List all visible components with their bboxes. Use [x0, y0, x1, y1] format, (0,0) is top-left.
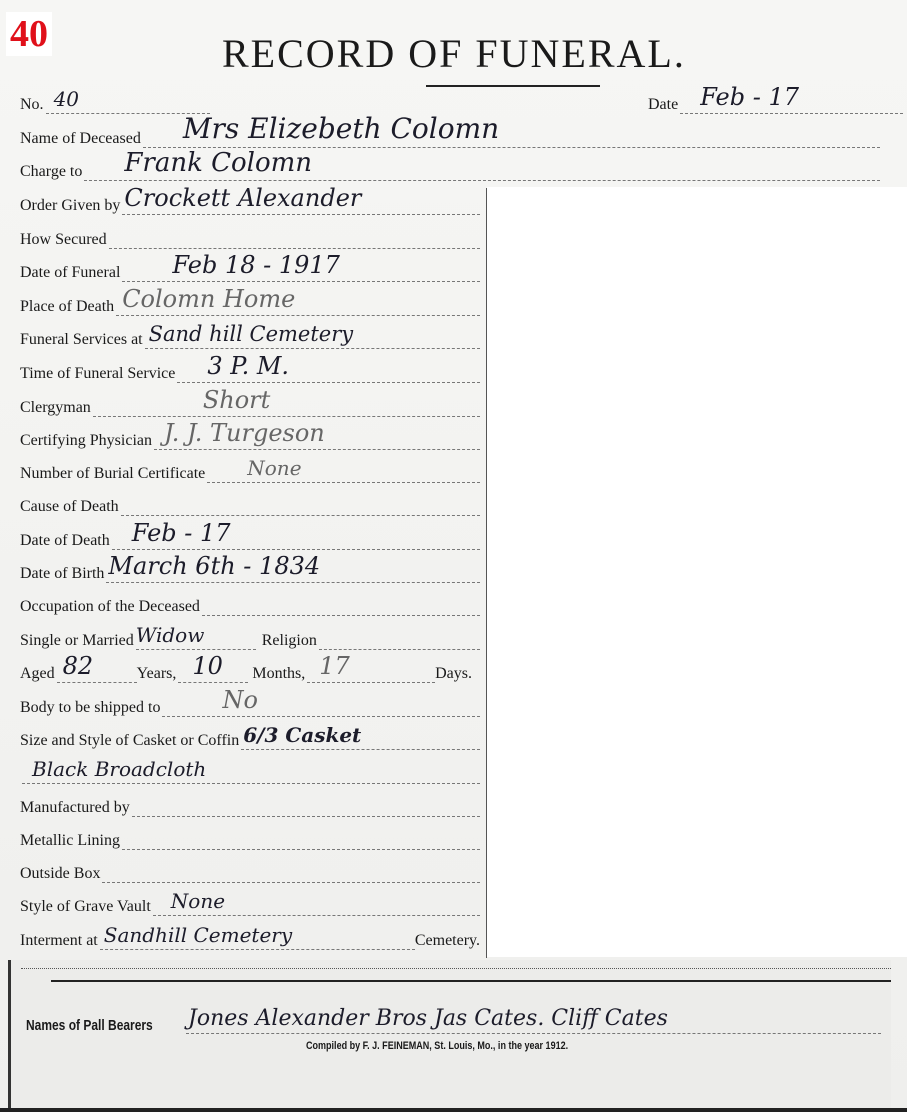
- funeral-services-at-value: Sand hill Cemetery: [149, 322, 354, 346]
- name-of-deceased-value: Mrs Elizebeth Colomn: [183, 112, 499, 145]
- interment-at-value: Sandhill Cemetery: [104, 923, 292, 947]
- field-time-of-funeral-service: Time of Funeral Service 3 P. M.: [20, 361, 480, 383]
- place-of-death-value: Colomn Home: [122, 285, 295, 313]
- field-single-or-married: Single or Married Widow Religion: [20, 628, 480, 650]
- certifying-physician-value: J. J. Turgeson: [164, 419, 325, 447]
- burial-certificate-value: None: [247, 456, 301, 480]
- religion-label: Religion: [262, 632, 317, 650]
- body-shipped-to-value: No: [222, 686, 257, 714]
- field-manufactured-by: Manufactured by: [20, 795, 480, 817]
- form-column-border: [486, 188, 487, 958]
- page-title: RECORD OF FUNERAL.: [222, 30, 686, 77]
- aged-days-value: 17: [319, 652, 350, 680]
- field-date-of-birth: Date of Birth March 6th - 1834: [20, 561, 480, 583]
- field-date: Date Feb - 17: [648, 92, 903, 114]
- field-no: No. 40: [20, 92, 210, 114]
- single-or-married-value: Widow: [136, 623, 205, 647]
- no-value: 40: [54, 87, 79, 111]
- bottom-border: [0, 1108, 907, 1112]
- field-how-secured: How Secured: [20, 227, 480, 249]
- date-of-death-value: Feb - 17: [132, 519, 231, 547]
- field-charge-to: Charge to Frank Colomn: [20, 159, 880, 181]
- field-pall-bearers: Names of Pall Bearers Jones Alexander Br…: [26, 1010, 881, 1034]
- compiled-by-footer: Compiled by F. J. FEINEMAN, St. Louis, M…: [306, 1040, 568, 1052]
- date-value: Feb - 17: [700, 83, 799, 111]
- aged-months-value: 10: [192, 652, 223, 680]
- field-metallic-lining: Metallic Lining: [20, 828, 480, 850]
- clergyman-value: Short: [203, 386, 270, 414]
- field-certifying-physician: Certifying Physician J. J. Turgeson: [20, 428, 480, 450]
- field-funeral-services-at: Funeral Services at Sand hill Cemetery: [20, 327, 480, 349]
- field-interment-at: Interment at Sandhill Cemetery Cemetery.: [20, 928, 480, 950]
- field-body-shipped-to: Body to be shipped to No: [20, 695, 480, 717]
- field-date-of-funeral: Date of Funeral Feb 18 - 1917: [20, 260, 480, 282]
- page-stamp-number: 40: [6, 12, 52, 56]
- blank-region: [487, 187, 907, 957]
- field-casket: Size and Style of Casket or Coffin 6/3 C…: [20, 728, 480, 750]
- field-date-of-death: Date of Death Feb - 17: [20, 528, 480, 550]
- field-aged: Aged 82 Years, 10 Months, 17 Days.: [20, 661, 472, 683]
- field-number-of-burial-certificate: Number of Burial Certificate None: [20, 461, 480, 483]
- pall-bearers-section: [8, 960, 891, 1112]
- time-of-funeral-service-value: 3 P. M.: [207, 352, 289, 380]
- field-cause-of-death: Cause of Death: [20, 494, 480, 516]
- order-given-by-value: Crockett Alexander: [124, 184, 361, 212]
- field-order-given-by: Order Given by Crockett Alexander: [20, 193, 480, 215]
- pall-bearers-value: Jones Alexander Bros Jas Cates. Cliff Ca…: [188, 1006, 668, 1031]
- field-casket-line2: Black Broadcloth: [20, 762, 480, 784]
- date-of-funeral-value: Feb 18 - 1917: [172, 251, 340, 279]
- grave-vault-value: None: [171, 889, 225, 913]
- field-occupation: Occupation of the Deceased: [20, 594, 480, 616]
- title-underline: [426, 85, 600, 87]
- field-place-of-death: Place of Death Colomn Home: [20, 294, 480, 316]
- date-of-birth-value: March 6th - 1834: [108, 552, 320, 580]
- field-name-of-deceased: Name of Deceased Mrs Elizebeth Colomn: [20, 126, 880, 148]
- aged-years-value: 82: [63, 652, 94, 680]
- field-outside-box: Outside Box: [20, 861, 480, 883]
- casket-value-line2: Black Broadcloth: [32, 757, 206, 781]
- field-clergyman: Clergyman Short: [20, 395, 480, 417]
- charge-to-value: Frank Colomn: [124, 148, 312, 178]
- field-style-of-grave-vault: Style of Grave Vault None: [20, 894, 480, 916]
- casket-value: 6/3 Casket: [243, 723, 361, 747]
- section-rule: [51, 980, 891, 982]
